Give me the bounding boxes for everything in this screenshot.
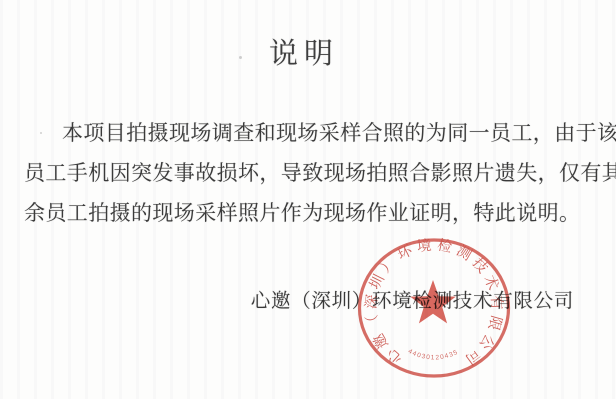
paragraph-line: 员工手机因突发事故损坏，导致现场拍照合影照片遗失，仅有其: [24, 153, 595, 193]
statement-paragraph: 本项目拍摄现场调查和现场采样合照的为同一员工，由于该 员工手机因突发事故损坏，导…: [24, 113, 595, 233]
seal-serial-number: 44030120435: [407, 348, 460, 362]
paragraph-line: 本项目拍摄现场调查和现场采样合照的为同一员工，由于该: [24, 113, 595, 153]
scanned-statement-page: 说明 本项目拍摄现场调查和现场采样合照的为同一员工，由于该 员工手机因突发事故损…: [0, 0, 616, 399]
company-seal-graphic: 心邀（深圳）环境检测技术有限公司 44030120435: [355, 237, 513, 380]
seal-star-icon: [410, 280, 456, 323]
scan-speck: [239, 56, 242, 59]
document-title: 说明: [269, 31, 339, 72]
seal-serial-wrapper: 44030120435: [407, 348, 460, 362]
scan-speck: [40, 132, 42, 134]
paragraph-line: 余员工拍摄的现场采样照片作为现场作业证明，特此说明。: [24, 193, 595, 233]
company-seal: 心邀（深圳）环境检测技术有限公司 44030120435: [355, 237, 513, 380]
